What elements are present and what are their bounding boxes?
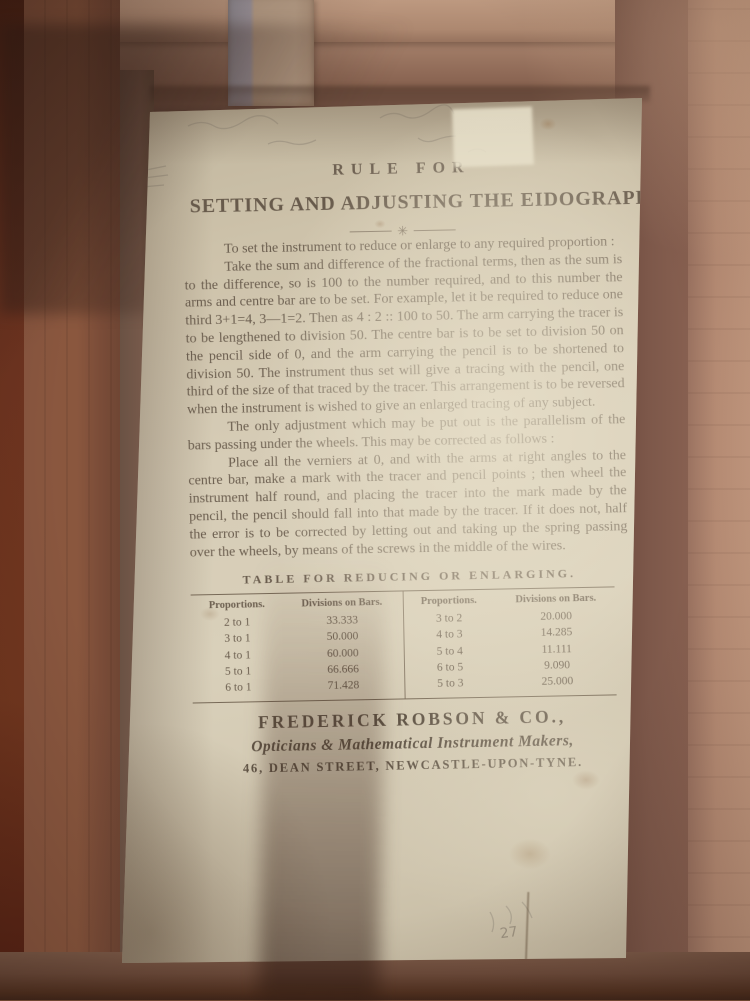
photo-vignette [0,0,750,1000]
photo-eidograph-label-in-wooden-box: RULE FOR SETTING AND ADJUSTING THE EIDOG… [0,0,750,1000]
